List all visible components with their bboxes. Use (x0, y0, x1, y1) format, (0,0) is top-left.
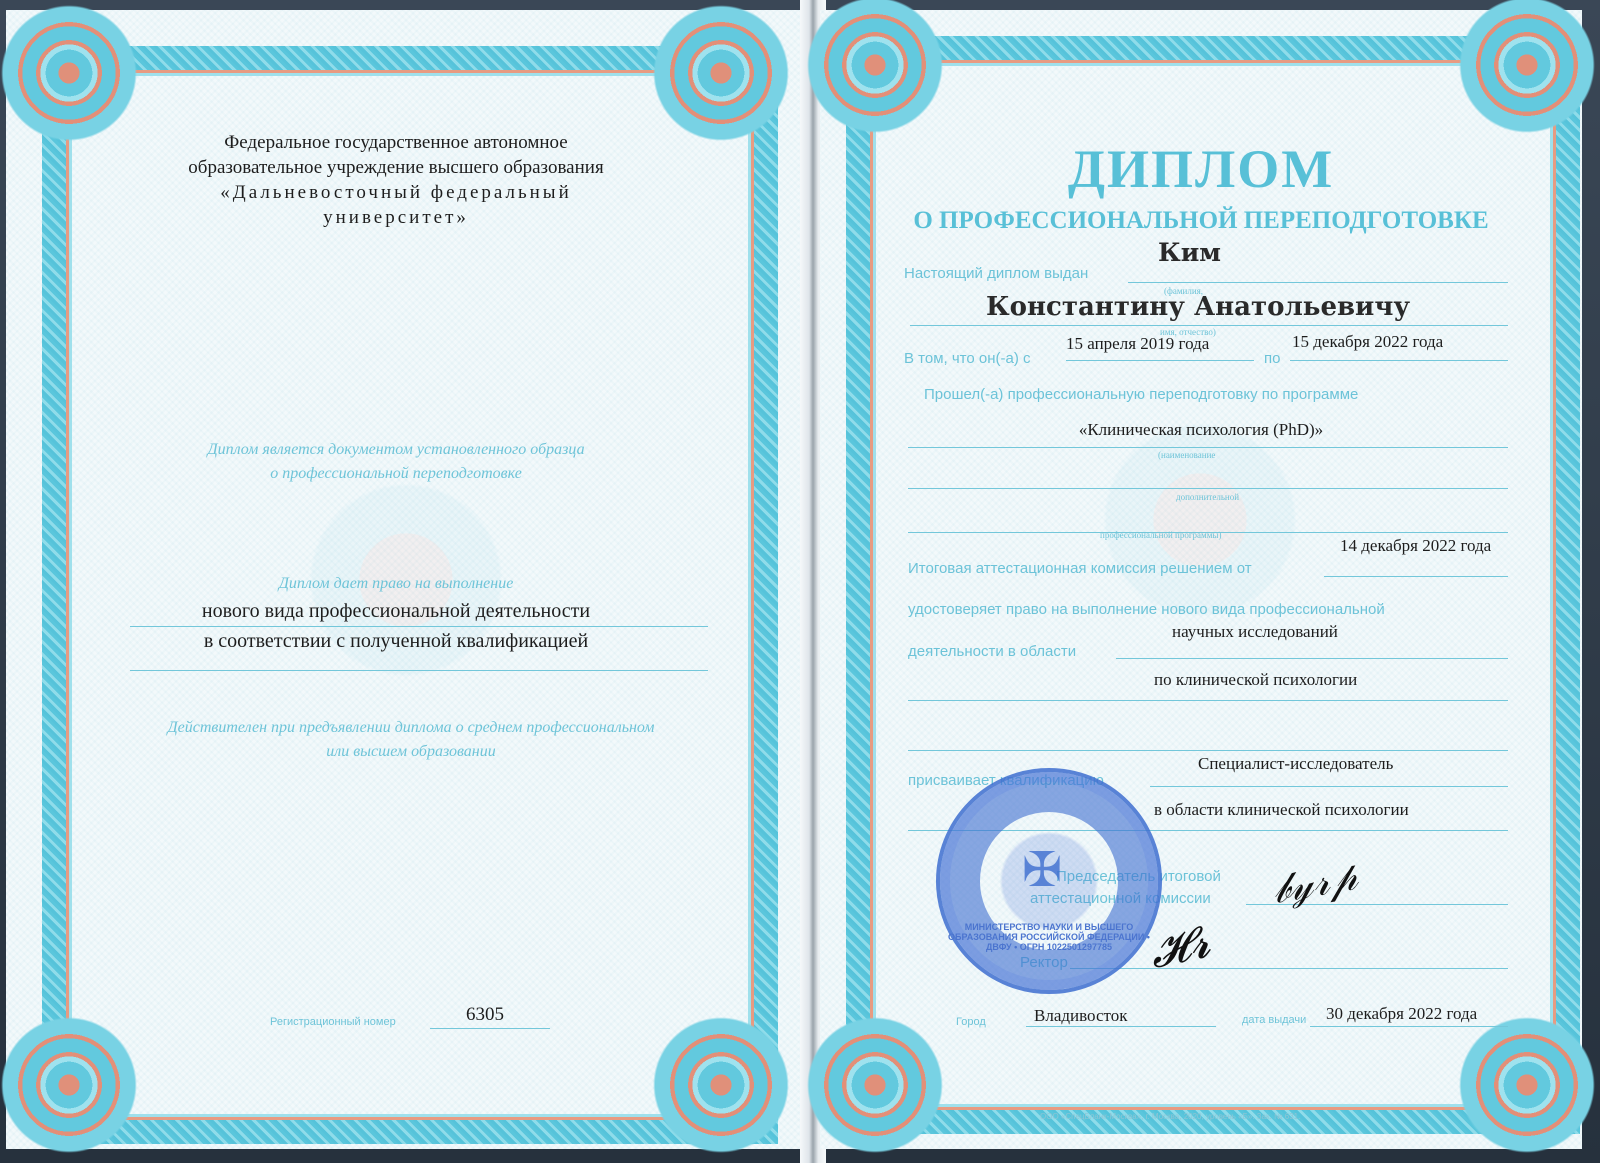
underline (1116, 658, 1508, 659)
commission-label: Итоговая аттестационная комиссия решение… (908, 560, 1252, 577)
stamp-inscription: МИНИСТЕРСТВО НАУКИ И ВЫСШЕГО ОБРАЗОВАНИЯ… (940, 922, 1158, 952)
official-seal-stamp: ✠ МИНИСТЕРСТВО НАУКИ И ВЫСШЕГО ОБРАЗОВАН… (936, 768, 1162, 994)
rights-line-1: нового вида профессиональной деятельност… (6, 600, 786, 623)
institution-line: «Дальневосточный федеральный (6, 180, 786, 205)
registration-label: Регистрационный номер (270, 1016, 396, 1028)
underline (1324, 576, 1508, 577)
institution-line: образовательное учреждение высшего образ… (6, 155, 786, 180)
program-caption-3: профессиональной программы) (1100, 530, 1221, 540)
underline (1128, 282, 1508, 283)
commission-date: 14 декабря 2022 года (1340, 536, 1491, 556)
underline (1066, 360, 1254, 361)
document-notice: Диплом является документом установленног… (6, 438, 786, 486)
right-page: ДИПЛОМ О ПРОФЕССИОНАЛЬНОЙ ПЕРЕПОДГОТОВКЕ… (820, 10, 1582, 1149)
left-page: Федеральное государственное автономное о… (6, 10, 806, 1149)
corner-rosette-icon (646, 0, 796, 148)
diploma-subtitle: О ПРОФЕССИОНАЛЬНОЙ ПЕРЕПОДГОТОВКЕ (820, 207, 1582, 235)
underline (1290, 360, 1508, 361)
period-to-label: по (1264, 350, 1280, 367)
printer-note: ООО «СпецБланк-Москва», г. Москва, 2020,… (1040, 1112, 1300, 1121)
rights-line-2: в соответствии с полученной квалификацие… (6, 630, 786, 653)
notice-line: Диплом является документом установленног… (6, 438, 786, 462)
registration-number: 6305 (466, 1004, 504, 1026)
underline (430, 1028, 550, 1029)
validity-line: Действителен при предъявлении диплома о … (6, 716, 816, 740)
period-label: В том, что он(-а) с (904, 350, 1031, 367)
underline (130, 626, 708, 627)
underline (130, 670, 708, 671)
issue-date-label: дата выдачи (1242, 1014, 1306, 1026)
corner-rosette-icon (646, 1010, 796, 1160)
underline (1150, 786, 1508, 787)
certifies-label: удостоверяет право на выполнение нового … (908, 601, 1385, 618)
program-label: Прошел(-а) профессиональную переподготов… (924, 386, 1358, 403)
period-from: 15 апреля 2019 года (1066, 334, 1209, 354)
underline (1310, 1026, 1508, 1027)
program-caption-1: (наименование (1158, 450, 1215, 460)
notice-line: о профессиональной переподготовке (6, 462, 786, 486)
watermark-rosette-icon (1090, 410, 1310, 630)
double-headed-eagle-icon: ✠ (1022, 842, 1062, 898)
qualification-line-1: Специалист-исследователь (1198, 754, 1393, 774)
institution-line: университет» (6, 205, 786, 230)
corner-rosette-icon (0, 1010, 144, 1160)
diploma-title: ДИПЛОМ (820, 138, 1582, 200)
corner-rosette-icon (1452, 0, 1600, 140)
corner-rosette-icon (1452, 1010, 1600, 1160)
corner-rosette-icon (800, 1010, 950, 1160)
program-name: «Клиническая психология (PhD)» (820, 420, 1582, 440)
underline (1026, 1026, 1216, 1027)
qualification-line-2: в области клинической психологии (1154, 800, 1409, 820)
underline (908, 488, 1508, 489)
city-label: Город (956, 1016, 986, 1028)
underline (908, 750, 1508, 751)
issue-date-value: 30 декабря 2022 года (1326, 1004, 1477, 1024)
field-line-2: по клинической психологии (1154, 670, 1357, 690)
city-value: Владивосток (1034, 1006, 1127, 1026)
issued-label: Настоящий диплом выдан (904, 265, 1088, 282)
program-caption-2: дополнительной (1176, 492, 1239, 502)
field-label: деятельности в области (908, 643, 1076, 660)
underline (910, 325, 1508, 326)
signature-line (1070, 968, 1508, 969)
period-to: 15 декабря 2022 года (1292, 332, 1443, 352)
recipient-given-names: Константину Анатольевичу (986, 292, 1410, 322)
validity-notice: Действителен при предъявлении диплома о … (6, 716, 816, 764)
rights-intro: Диплом дает право на выполнение (6, 572, 786, 596)
institution-name: Федеральное государственное автономное о… (6, 130, 786, 230)
institution-line: Федеральное государственное автономное (6, 130, 786, 155)
underline (908, 700, 1508, 701)
field-line-1: научных исследований (1172, 622, 1338, 642)
validity-line: или высшем образовании (6, 740, 816, 764)
underline (908, 447, 1508, 448)
recipient-surname: Ким (1158, 238, 1221, 267)
